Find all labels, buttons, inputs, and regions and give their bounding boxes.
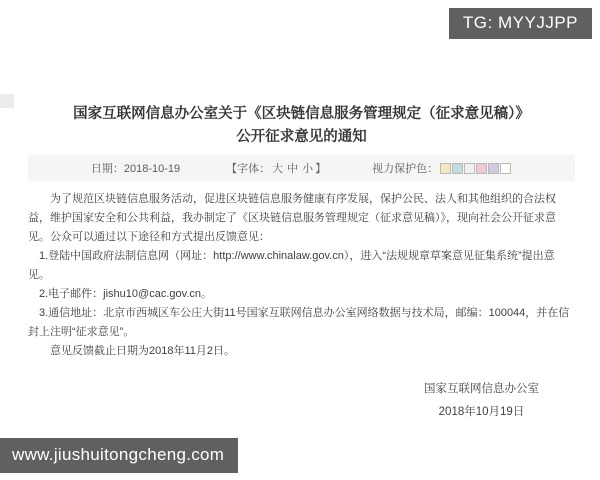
notice-document: 国家互联网信息办公室关于《区块链信息服务管理规定（征求意见稿）》 公开征求意见的… (28, 103, 575, 424)
intro-paragraph: 为了规范区块链信息服务活动，促进区块链信息服务健康有序发展，保护公民、法人和其他… (28, 190, 575, 247)
tg-contact-badge: TG: MYYJJPP (449, 8, 592, 39)
feedback-deadline: 意见反馈截止日期为2018年11月2日。 (28, 342, 575, 361)
publish-date: 日期：2018-10-19 (91, 160, 180, 176)
signature-org: 国家互联网信息办公室 (424, 378, 539, 401)
notice-title-line1: 国家互联网信息办公室关于《区块链信息服务管理规定（征求意见稿）》 (28, 103, 575, 126)
eye-protect-swatch-1[interactable] (452, 163, 463, 174)
eye-protect-label: 视力保护色： (372, 160, 438, 176)
font-size-label-close: 】 (315, 160, 326, 176)
eye-protect-swatch-3[interactable] (476, 163, 487, 174)
font-size-medium[interactable]: 中 (287, 160, 298, 176)
signature-inner: 国家互联网信息办公室 2018年10月19日 (424, 378, 539, 424)
feedback-item-email: 2.电子邮件：jishu10@cac.gov.cn。 (28, 285, 575, 304)
page-background: TG: MYYJJPP 国家互联网信息办公室关于《区块链信息服务管理规定（征求意… (0, 0, 600, 480)
notice-title-line2: 公开征求意见的通知 (28, 126, 575, 149)
eye-protect-swatches (440, 163, 512, 174)
font-size-label-open: 【字体： (226, 160, 270, 176)
signature-date: 2018年10月19日 (424, 401, 539, 424)
eye-protect-swatch-0[interactable] (440, 163, 451, 174)
font-size-small[interactable]: 小 (302, 160, 313, 176)
eye-protect-swatch-2[interactable] (464, 163, 475, 174)
font-size-control: 【字体： 大 中 小 】 (226, 160, 326, 176)
feedback-item-mail-address: 3.通信地址：北京市西城区车公庄大街11号国家互联网信息办公室网络数据与技术局，… (28, 304, 575, 342)
signature-block: 国家互联网信息办公室 2018年10月19日 (28, 378, 575, 424)
notice-title: 国家互联网信息办公室关于《区块链信息服务管理规定（征求意见稿）》 公开征求意见的… (28, 103, 575, 149)
eye-protect-swatch-5[interactable] (500, 163, 511, 174)
site-watermark: www.jiushuitongcheng.com (0, 438, 238, 473)
left-edge-artifact (0, 94, 14, 108)
font-size-large[interactable]: 大 (272, 160, 283, 176)
eye-protect-swatch-4[interactable] (488, 163, 499, 174)
notice-body: 为了规范区块链信息服务活动，促进区块链信息服务健康有序发展，保护公民、法人和其他… (28, 190, 575, 361)
meta-bar: 日期：2018-10-19 【字体： 大 中 小 】 视力保护色： (28, 155, 575, 181)
eye-protect-control: 视力保护色： (372, 160, 512, 176)
feedback-item-website: 1.登陆中国政府法制信息网（网址：http://www.chinalaw.gov… (28, 247, 575, 285)
